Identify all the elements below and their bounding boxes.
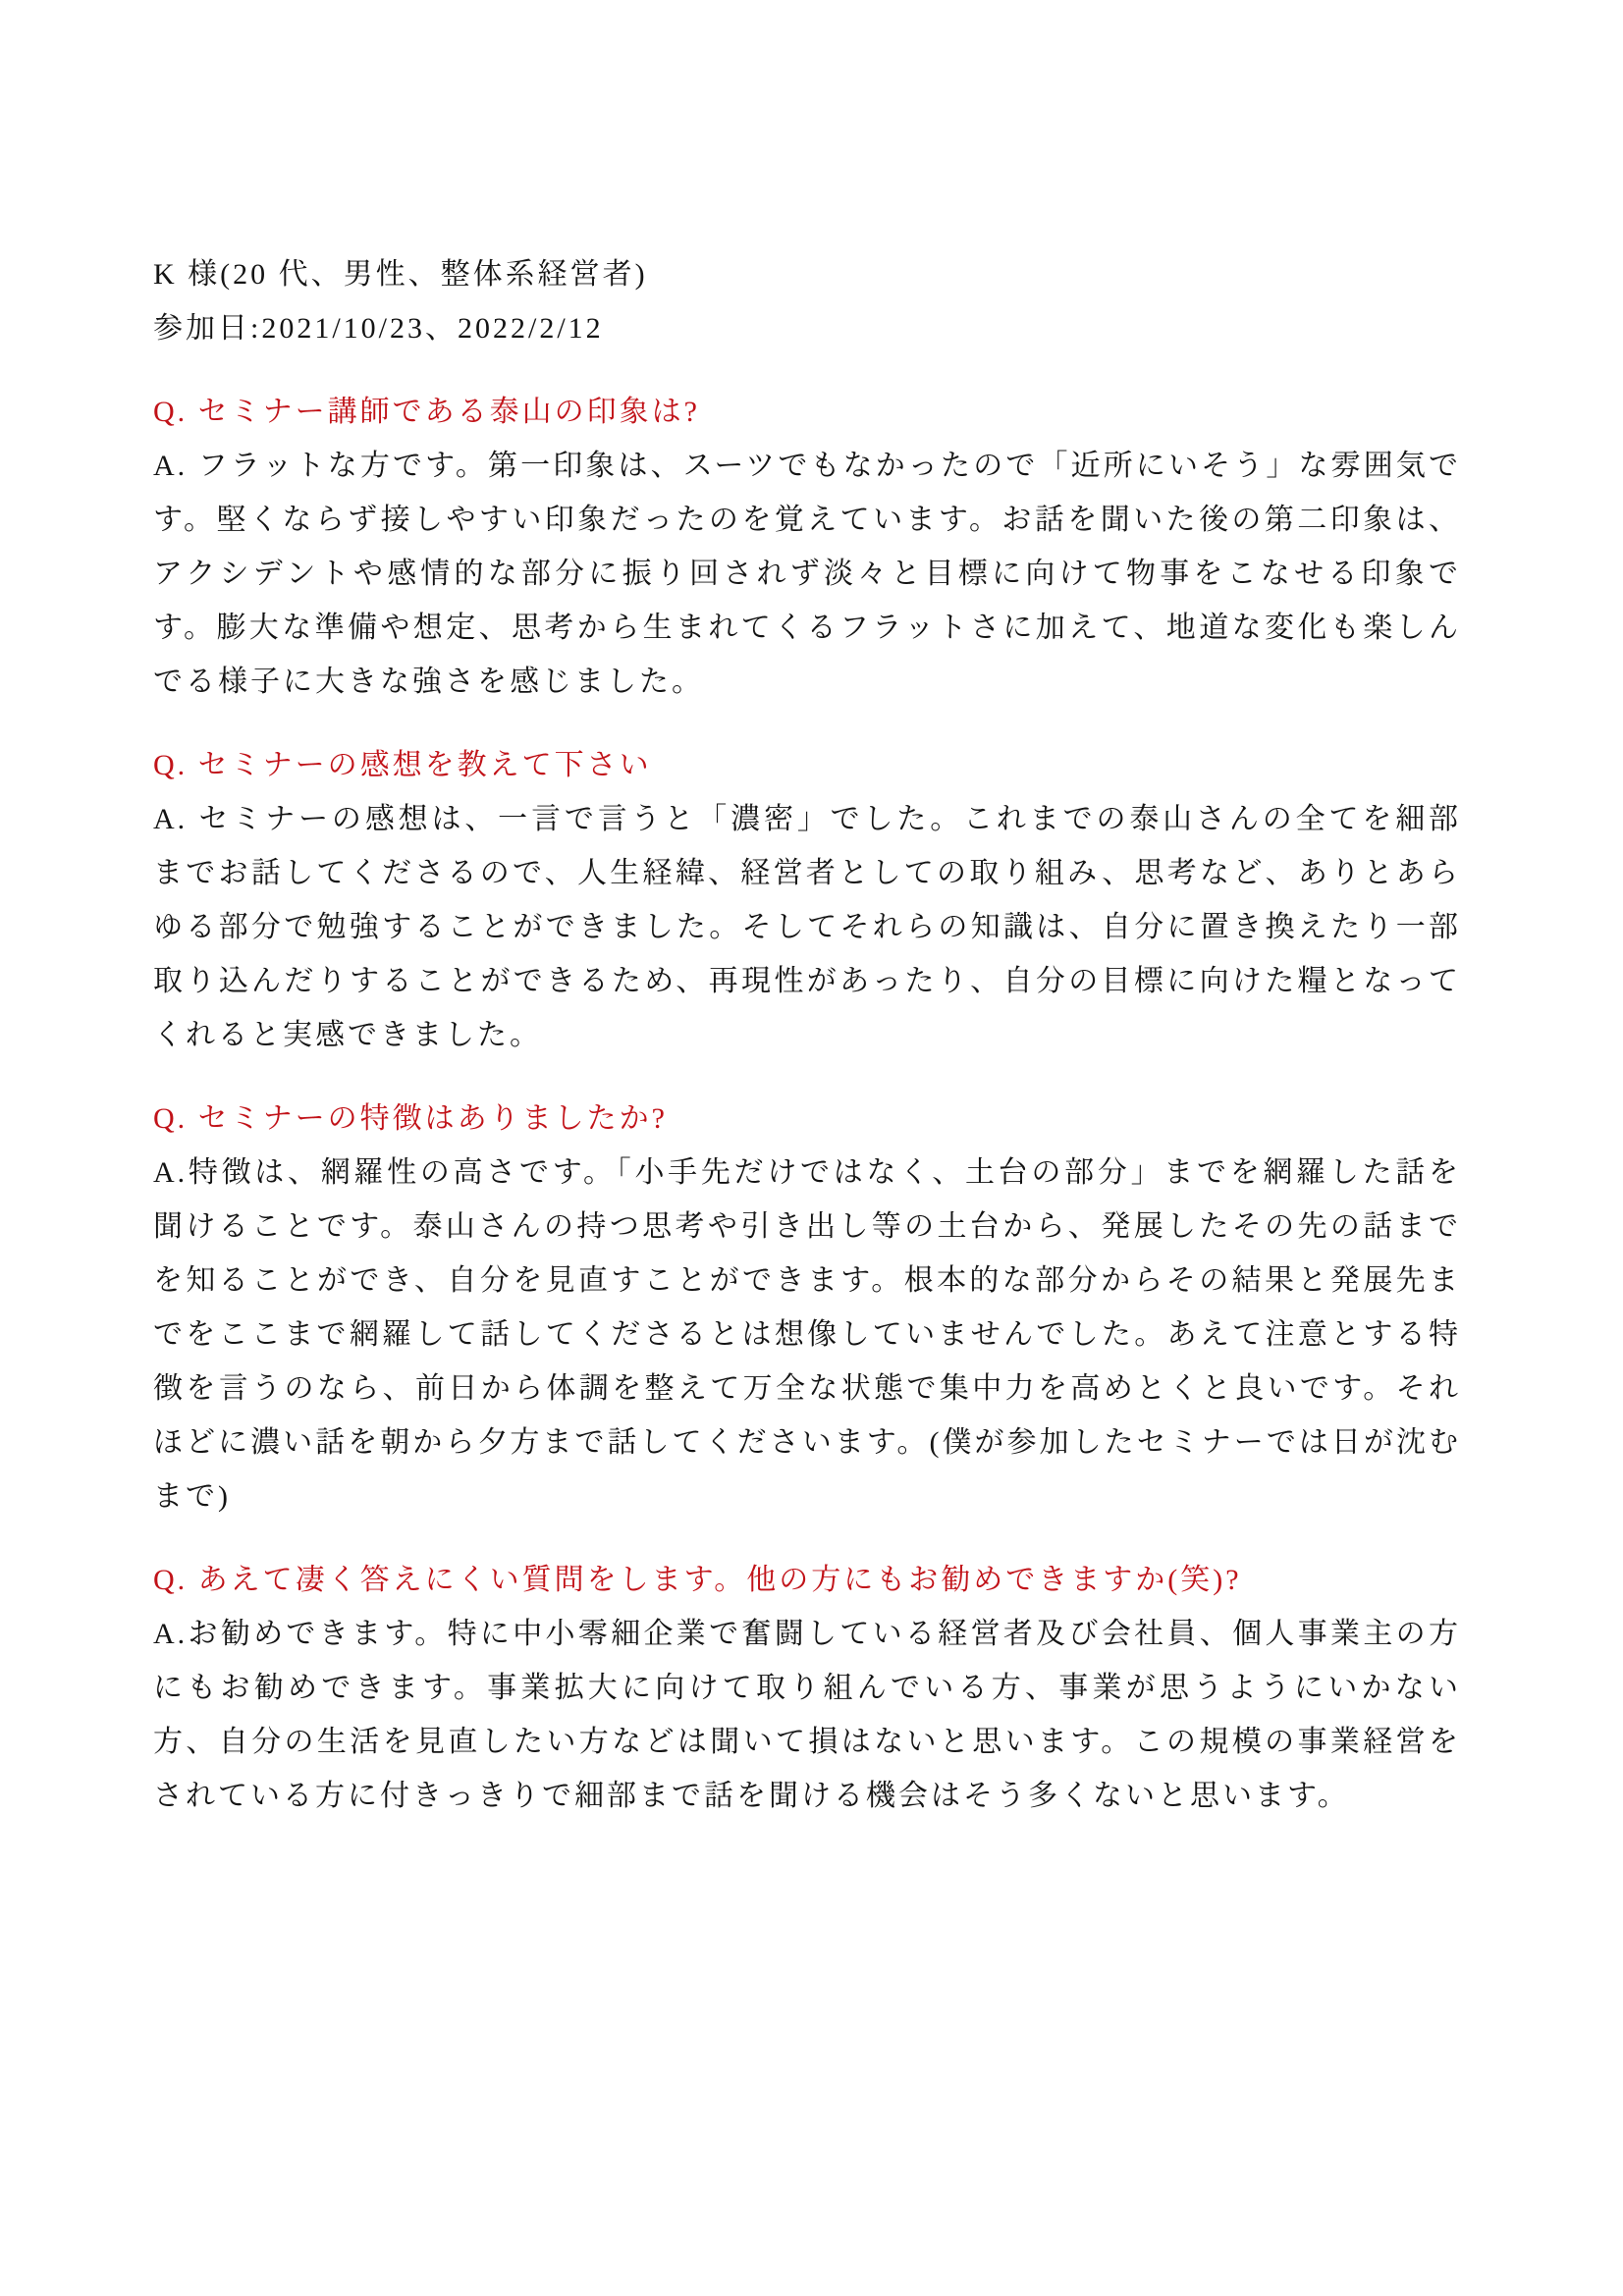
question-features: Q. セミナーの特徴はありましたか?	[153, 1092, 1461, 1146]
question-feedback: Q. セミナーの感想を教えて下さい	[153, 738, 1461, 792]
answer-recommendation: A.お勧めできます。特に中小零細企業で奮闘している経営者及び会社員、個人事業主の…	[153, 1607, 1461, 1823]
answer-feedback: A. セミナーの感想は、一言で言うと「濃密」でした。これまでの泰山さんの全てを細…	[153, 792, 1461, 1062]
answer-features: A.特徴は、網羅性の高さです。「小手先だけではなく、土台の部分」までを網羅した話…	[153, 1146, 1461, 1523]
customer-line: K 様(20 代、男性、整体系経営者)	[153, 247, 1461, 301]
qa-section-recommendation: Q. あえて凄く答えにくい質問をします。他の方にもお勧めできますか(笑)? A.…	[153, 1553, 1461, 1823]
participation-date-line: 参加日:2021/10/23、2022/2/12	[153, 301, 1461, 355]
document-page: K 様(20 代、男性、整体系経営者) 参加日:2021/10/23、2022/…	[0, 0, 1623, 2296]
question-impression: Q. セミナー講師である泰山の印象は?	[153, 385, 1461, 439]
question-recommendation: Q. あえて凄く答えにくい質問をします。他の方にもお勧めできますか(笑)?	[153, 1553, 1461, 1607]
qa-section-feedback: Q. セミナーの感想を教えて下さい A. セミナーの感想は、一言で言うと「濃密」…	[153, 738, 1461, 1062]
answer-impression: A. フラットな方です。第一印象は、スーツでもなかったので「近所にいそう」な雰囲…	[153, 439, 1461, 709]
customer-info-header: K 様(20 代、男性、整体系経営者) 参加日:2021/10/23、2022/…	[153, 247, 1461, 355]
qa-section-features: Q. セミナーの特徴はありましたか? A.特徴は、網羅性の高さです。「小手先だけ…	[153, 1092, 1461, 1523]
qa-section-impression: Q. セミナー講師である泰山の印象は? A. フラットな方です。第一印象は、スー…	[153, 385, 1461, 709]
